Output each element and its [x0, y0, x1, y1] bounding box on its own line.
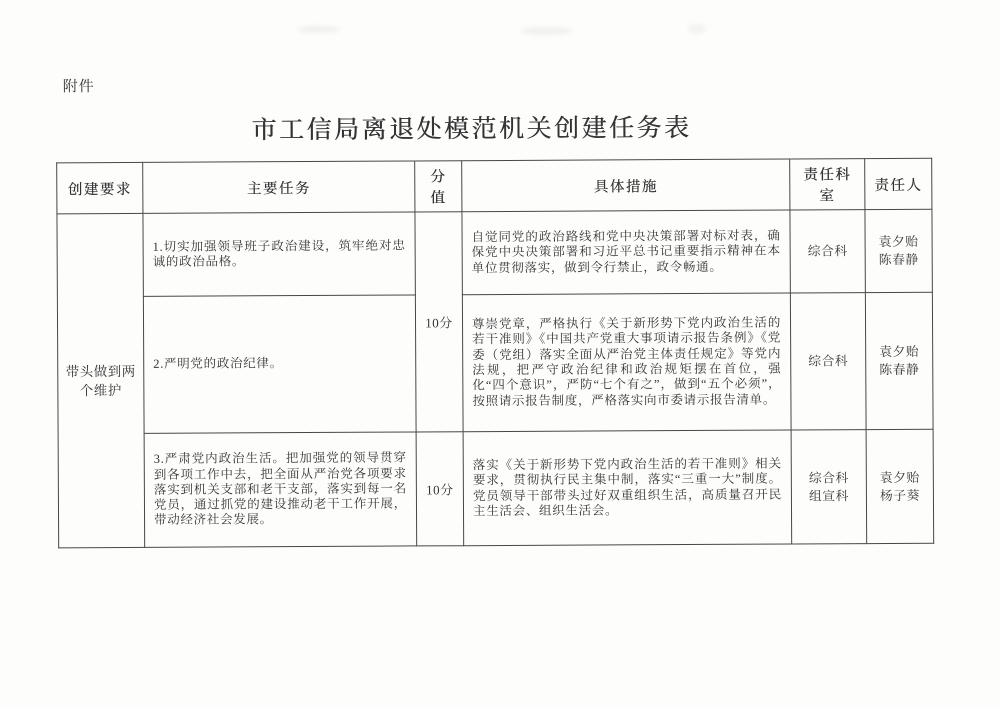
person-name: 陈春静 — [870, 251, 928, 269]
document-sheet: 附件 市工信局离退处模范机关创建任务表 创建要求 主要任务 分值 具体措施 责任… — [0, 0, 1000, 707]
table-row: 2.严明党的政治纪律。 尊崇党章，严格执行《关于新形势下党内政治生活的若干准则》… — [57, 292, 933, 434]
department-name: 综合科 — [795, 352, 861, 370]
table-header-row: 创建要求 主要任务 分值 具体措施 责任科室 责任人 — [57, 158, 932, 214]
cell-person-3: 袁夕贻 杨子葵 — [866, 429, 934, 543]
task-table: 创建要求 主要任务 分值 具体措施 责任科室 责任人 带头做到两个维护 1.切实… — [56, 158, 934, 549]
person-name: 陈春静 — [870, 361, 928, 379]
col-header-score: 分值 — [415, 161, 462, 212]
col-header-requirement: 创建要求 — [57, 162, 143, 213]
cell-person-2: 袁夕贻 陈春静 — [865, 292, 933, 429]
col-header-person: 责任人 — [865, 158, 932, 209]
col-header-measures: 具体措施 — [462, 159, 790, 212]
cell-task-2: 2.严明党的政治纪律。 — [143, 295, 416, 433]
person-name: 袁夕贻 — [870, 233, 928, 251]
cell-department-3: 综合科 组宣科 — [791, 430, 867, 544]
col-header-main-task: 主要任务 — [143, 161, 415, 213]
table-row: 带头做到两个维护 1.切实加强领导班子政治建设，筑牢绝对忠诚的政治品格。 10分… — [57, 209, 932, 297]
page-title: 市工信局离退处模范机关创建任务表 — [0, 107, 944, 148]
cell-department-2: 综合科 — [790, 293, 866, 430]
col-header-department: 责任科室 — [790, 159, 865, 210]
attachment-label: 附件 — [63, 75, 95, 96]
cell-score-rows-1-2: 10分 — [415, 212, 463, 432]
cell-requirement-group: 带头做到两个维护 — [57, 213, 145, 547]
cell-measures-1: 自觉同党的政治路线和党中央决策部署对标对表，确保党中央决策部署和习近平总书记重要… — [462, 210, 790, 295]
person-name: 袁夕贻 — [871, 468, 929, 486]
department-name: 综合科 — [796, 469, 862, 487]
cell-person-1: 袁夕贻 陈春静 — [865, 209, 932, 292]
scanned-document-page: 附件 市工信局离退处模范机关创建任务表 创建要求 主要任务 分值 具体措施 责任… — [0, 0, 1000, 707]
person-name: 袁夕贻 — [870, 343, 928, 361]
department-name: 组宣科 — [796, 487, 862, 505]
cell-department-1: 综合科 — [790, 210, 865, 293]
cell-measures-2: 尊崇党章，严格执行《关于新形势下党内政治生活的若干准则》《中国共产党重大事项请示… — [462, 293, 791, 432]
cell-score-row-3: 10分 — [416, 432, 464, 546]
cell-task-1: 1.切实加强领导班子政治建设，筑牢绝对忠诚的政治品格。 — [143, 212, 415, 296]
person-name: 杨子葵 — [871, 486, 929, 504]
cell-task-3: 3.严肃党内政治生活。把加强党的领导贯穿到各项工作中去，把全面从严治党各项要求落… — [144, 432, 417, 547]
table-row: 3.严肃党内政治生活。把加强党的领导贯穿到各项工作中去，把全面从严治党各项要求落… — [58, 429, 934, 548]
cell-measures-3: 落实《关于新形势下党内政治生活的若干准则》相关要求，贯彻执行民主集中制，落实“三… — [463, 430, 792, 546]
department-name: 综合科 — [795, 242, 861, 260]
